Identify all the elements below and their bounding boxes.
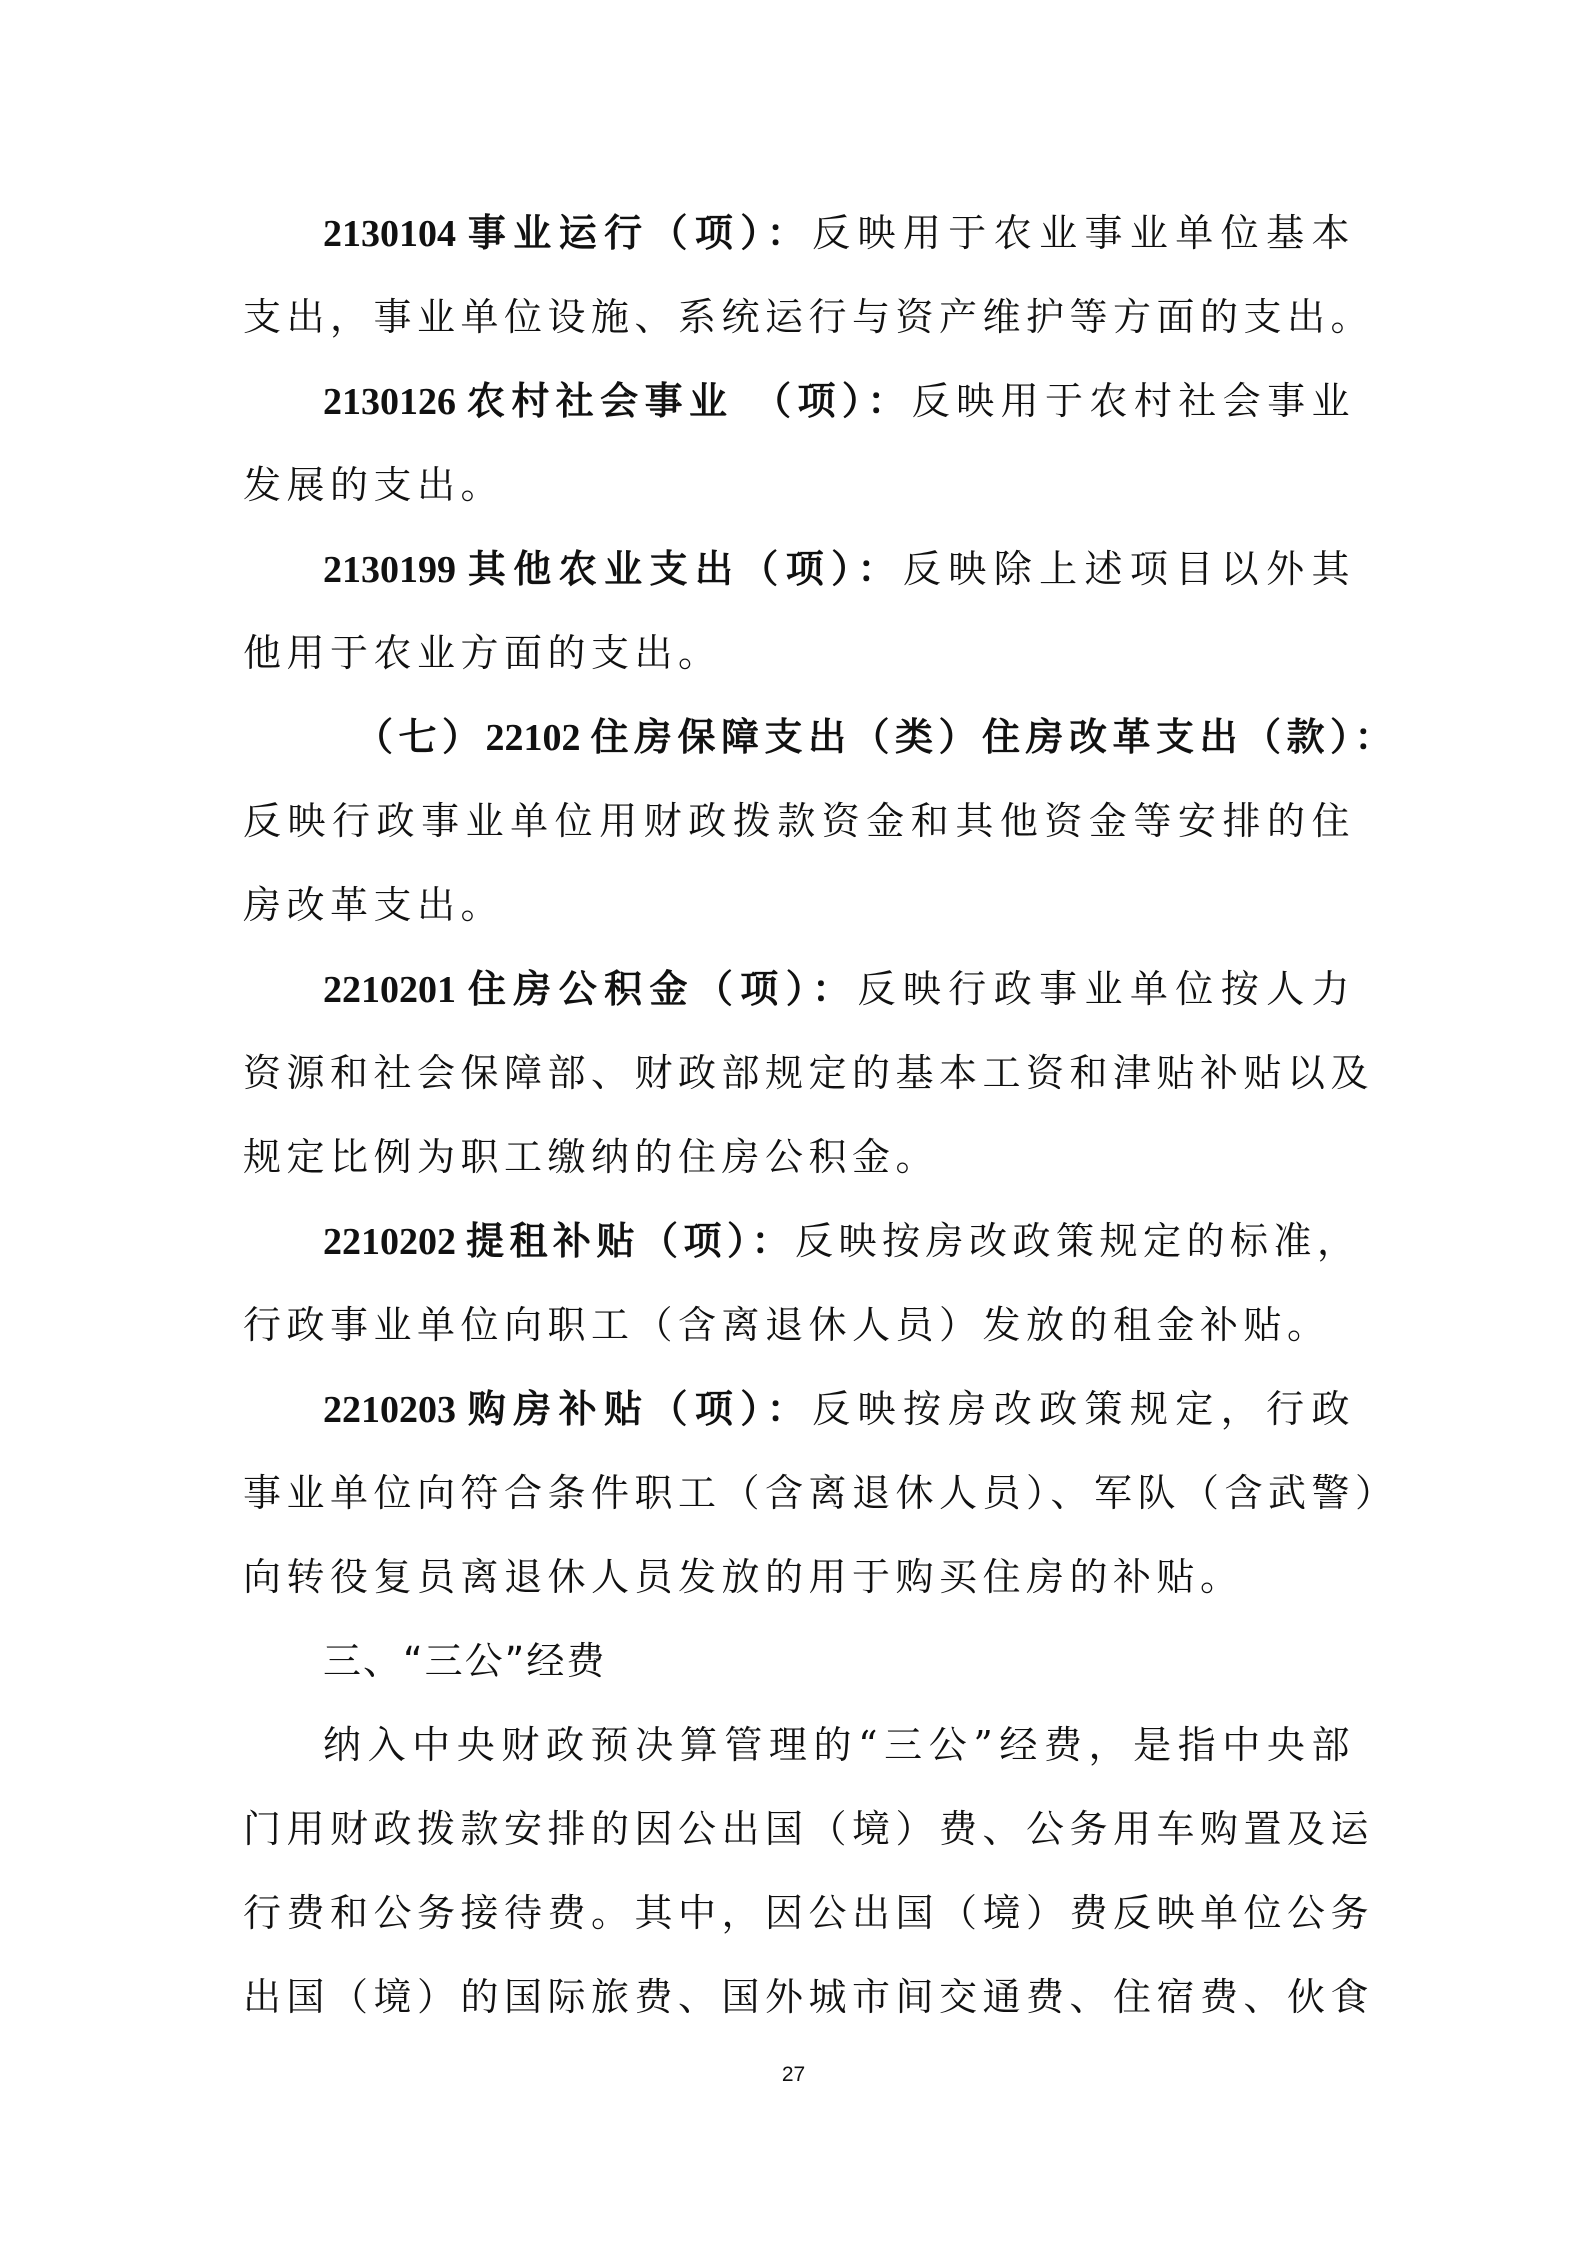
item-title: 住房保障支出（类）住房改革支出（款）： — [591, 714, 1399, 759]
item-2210202-line-1: 2210202提租补贴（项）：反映按房改政策规定的标准， — [323, 1216, 1355, 1267]
item-text: 反映用于农业事业单位基本 — [812, 211, 1355, 255]
item-2130104-line-2: 支出，事业单位设施、系统运行与资产维护等方面的支出。 — [243, 292, 1355, 342]
item-text: 反映用于农村社会事业 — [912, 379, 1355, 423]
item-2210203-line-1: 2210203购房补贴（项）：反映按房改政策规定，行政 — [323, 1384, 1355, 1435]
document-page: 2130104事业运行（项）：反映用于农业事业单位基本 支出，事业单位设施、系统… — [0, 0, 1587, 2245]
subsection-22102-heading: （七）22102住房保障支出（类）住房改革支出（款）： — [355, 712, 1355, 763]
item-code: 2130199 — [323, 549, 456, 591]
item-code: 2210202 — [323, 1221, 456, 1263]
item-text: 反映按房改政策规定的标准， — [795, 1219, 1361, 1263]
item-2210201-line-1: 2210201住房公积金（项）：反映行政事业单位按人力 — [323, 964, 1355, 1015]
item-code: 2130126 — [323, 381, 456, 423]
subsection-22102-line-3: 房改革支出。 — [243, 880, 1355, 930]
subsection-prefix: （七） — [355, 714, 486, 759]
item-2130199-line-1: 2130199其他农业支出（项）：反映除上述项目以外其 — [323, 544, 1355, 595]
item-2130126-line-2: 发展的支出。 — [243, 460, 1355, 510]
item-text: 反映除上述项目以外其 — [903, 547, 1355, 591]
item-title: 事业运行（项）： — [466, 210, 812, 255]
item-text: 反映按房改政策规定，行政 — [812, 1387, 1355, 1431]
item-title: 其他农业支出（项）： — [466, 546, 903, 591]
item-2130199-line-2: 他用于农业方面的支出。 — [243, 628, 1355, 678]
item-2130104-line-1: 2130104事业运行（项）：反映用于农业事业单位基本 — [323, 208, 1355, 259]
item-code: 2210201 — [323, 969, 456, 1011]
item-code: 2210203 — [323, 1389, 456, 1431]
item-2210202-line-2: 行政事业单位向职工（含离退休人员）发放的租金补贴。 — [243, 1300, 1355, 1350]
item-code: 22102 — [486, 717, 581, 759]
body-line-2: 门用财政拨款安排的因公出国（境）费、公务用车购置及运 — [243, 1804, 1355, 1854]
item-text: 反映行政事业单位按人力 — [858, 967, 1356, 1011]
body-line-3: 行费和公务接待费。其中，因公出国（境）费反映单位公务 — [243, 1888, 1355, 1938]
page-number: 27 — [0, 2063, 1587, 2087]
item-2210201-line-3: 规定比例为职工缴纳的住房公积金。 — [243, 1132, 1355, 1182]
item-title: 提租补贴（项）： — [466, 1218, 795, 1263]
item-title: 购房补贴（项）： — [466, 1386, 812, 1431]
item-2210201-line-2: 资源和社会保障部、财政部规定的基本工资和津贴补贴以及 — [243, 1048, 1355, 1098]
item-title: 住房公积金（项）： — [466, 966, 858, 1011]
subsection-22102-line-2: 反映行政事业单位用财政拨款资金和其他资金等安排的住 — [243, 796, 1355, 846]
item-code: 2130104 — [323, 213, 456, 255]
item-2210203-line-2: 事业单位向符合条件职工（含离退休人员）、军队（含武警） — [243, 1468, 1355, 1518]
body-line-1: 纳入中央财政预决算管理的“三公”经费，是指中央部 — [323, 1720, 1355, 1770]
body-line-4: 出国（境）的国际旅费、国外城市间交通费、住宿费、伙食 — [243, 1972, 1355, 2022]
item-2210203-line-3: 向转役复员离退休人员发放的用于购买住房的补贴。 — [243, 1552, 1355, 1602]
item-title: 农村社会事业 （项）： — [466, 378, 912, 423]
section-heading-three-public: 三、“三公”经费 — [323, 1636, 1355, 1686]
item-2130126-line-1: 2130126农村社会事业 （项）：反映用于农村社会事业 — [323, 376, 1355, 427]
